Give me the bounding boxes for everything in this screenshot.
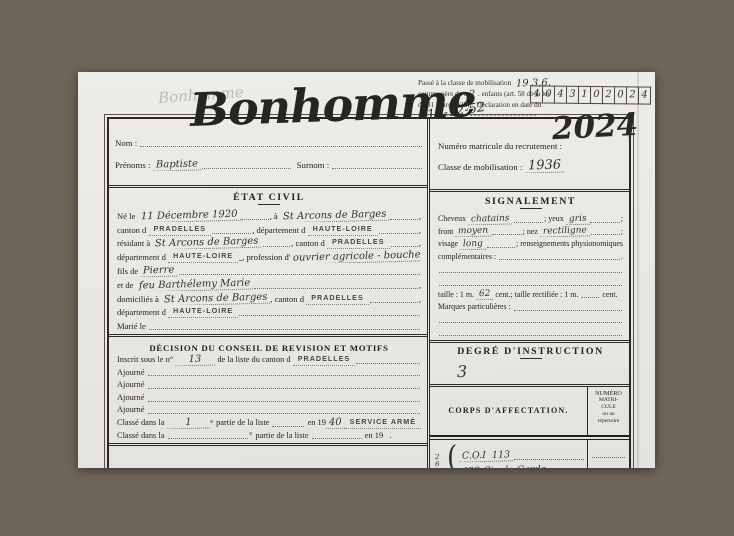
form-line: complémentaires : .: [438, 250, 623, 263]
registry-digit: 4: [555, 86, 567, 104]
printed-label: Inscrit sous le n°: [117, 356, 175, 366]
printed-label: ; yeux: [544, 215, 565, 224]
form-line: et de feu Barthélemy Marie,: [117, 277, 421, 291]
stamped-value: HAUTE-LOIRE: [308, 223, 378, 236]
printed-label: , canton d: [291, 239, 327, 249]
blank-dotted-line: [179, 273, 420, 275]
blank-dotted-line: [439, 271, 622, 273]
printed-label: , profession d': [242, 253, 290, 263]
classe-mobilisation-line: Classe de mobilisation : 1936: [438, 152, 623, 173]
printed-label: en 19 .: [363, 432, 392, 442]
handwritten-value: Pierre: [140, 265, 178, 276]
corps-entry: C.O.I 113: [459, 447, 585, 462]
printed-label: Prénoms :: [115, 161, 153, 171]
handwritten-value: long: [460, 239, 486, 249]
title-underline: [520, 208, 542, 209]
blank-dotted-line: [263, 245, 290, 247]
registry-digit: 0: [615, 86, 627, 104]
form-line: Cheveux chatains; yeux gris;: [438, 212, 623, 225]
form-line: Marques particulières :: [438, 300, 623, 313]
blank-dotted-line: [514, 458, 584, 460]
handwritten-value: Baptiste: [153, 159, 201, 171]
registry-digit: 4: [530, 85, 543, 103]
blank-dotted-line: [379, 232, 418, 234]
form-card-inner: Nom : Prénoms : Baptiste Surnom : ÉTAT C…: [107, 117, 631, 468]
blank-dotted-line: [212, 232, 251, 234]
numero-col-word: CULE: [588, 404, 629, 411]
printed-label: e: [249, 431, 254, 437]
corps-affectation-header: CORPS D'AFFECTATION. NUMÉRO MATRI- CULE …: [430, 387, 629, 435]
printed-label: en 19: [305, 419, 325, 429]
form-line: Ajourné: [117, 378, 421, 391]
blank-cell-line: [592, 456, 625, 458]
handwritten-value: chatains: [468, 214, 513, 225]
numero-col-word: NUMÉRO: [588, 390, 629, 397]
printed-label: , à: [270, 212, 280, 222]
printed-label: et de: [117, 281, 136, 291]
printed-label: Cheveux: [438, 215, 468, 224]
printed-label: partie de la liste: [214, 419, 271, 429]
printed-label: , canton d: [270, 295, 306, 305]
printed-label: département d: [117, 253, 168, 263]
handwritten-value: 423 Cie de Garde: [459, 465, 549, 468]
printed-label: de la liste du canton d: [215, 356, 292, 366]
title-underline: [258, 204, 280, 205]
stamped-value: PRADELLES: [306, 292, 369, 305]
numero-col-word: répertoire: [588, 418, 629, 425]
printed-label: canton d: [117, 226, 149, 236]
handwritten-value: ouvrier agricole - boucher: [290, 250, 421, 263]
blank-dotted-line: [241, 218, 269, 220]
form-line: taille : 1 m. 62 cent.; taille rectifiée…: [438, 288, 623, 301]
numero-col-word: MATRI-: [588, 397, 629, 404]
printed-label: , département d: [252, 226, 307, 236]
document-paper: Bonhomme x Passé à la classe de mobilisa…: [78, 72, 655, 468]
corps-affectation-entries: 2 6 ( C.O.I 113 423 Cie de Garde: [430, 440, 629, 468]
handwritten-value: St Arcons de Barges: [152, 237, 262, 249]
decision-title: DÉCISION DU CONSEIL DE REVISION ET MOTIF…: [117, 339, 421, 353]
photo-backdrop: Bonhomme x Passé à la classe de mobilisa…: [0, 0, 734, 536]
margin-note-handwritten: 2 6: [432, 454, 447, 468]
brace-mark: (: [447, 442, 457, 468]
degre-value-handwritten: 3: [454, 364, 471, 380]
registry-number-boxes: 4 0 4 3 1 0 2 0 2 4: [530, 85, 651, 104]
blank-dotted-line: [590, 221, 620, 223]
handwritten-value: St Arcons de Barges: [280, 209, 390, 221]
blank-dotted-line: [149, 328, 420, 330]
blank-dotted-line: [591, 233, 620, 235]
printed-label: Nom :: [115, 139, 139, 149]
blank-dotted-line: [148, 412, 420, 414]
form-line: Classé dans la 1e partie de la liste en …: [117, 416, 421, 429]
surname-handwritten-large: Bonhomme: [189, 77, 476, 133]
title-underline: [520, 358, 542, 359]
form-line: fils de Pierre: [117, 263, 421, 277]
blank-dotted-line: [439, 321, 622, 323]
blank-dotted-line: [492, 233, 521, 235]
printed-label: Classe de mobilisation :: [438, 163, 525, 173]
printed-label: Marié le: [117, 322, 148, 332]
printed-label: visage: [438, 240, 460, 249]
stamped-value: PRADELLES: [149, 223, 212, 236]
blank-dotted-line: [148, 400, 420, 402]
numero-matricule-column-header: NUMÉRO MATRI- CULE ou au répertoire: [587, 387, 629, 435]
blank-dotted-line: [439, 334, 622, 336]
printed-label: département d: [117, 308, 168, 318]
signalement-title: SIGNALEMENT: [438, 196, 623, 207]
form-line: [438, 275, 623, 288]
registry-digit: 4: [639, 87, 651, 105]
blank-dotted-line: [499, 258, 620, 260]
printed-label: Né le: [117, 212, 138, 222]
handwritten-value: C.O.I 113: [459, 451, 513, 462]
handwritten-value: 11 Décembre 1920: [137, 209, 240, 221]
registry-digit: 0: [543, 86, 555, 104]
printed-label: front: [438, 228, 455, 237]
registry-digit: 2: [627, 86, 639, 104]
printed-label: complémentaires :: [438, 253, 498, 262]
form-line: Ajourné: [117, 391, 421, 404]
form-line: canton d PRADELLES, département d HAUTE-…: [117, 222, 421, 236]
form-line: Ajourné: [117, 404, 421, 417]
form-card: Nom : Prénoms : Baptiste Surnom : ÉTAT C…: [104, 114, 634, 468]
registry-digit: 0: [591, 86, 603, 104]
printed-label: ; nez: [523, 228, 540, 237]
printed-label: résidant à: [117, 239, 152, 249]
numero-matricule-cells: [587, 440, 629, 468]
blank-dotted-line: [391, 245, 418, 247]
form-line: département d HAUTE-LOIRE: [117, 305, 421, 319]
handwritten-value: 40: [326, 417, 345, 428]
printed-label: partie de la liste: [253, 432, 310, 442]
stamped-value: HAUTE-LOIRE: [168, 305, 238, 318]
printed-label: Classé dans la: [117, 419, 167, 429]
printed-label: Ajourné: [117, 394, 147, 404]
printed-label: fils de: [117, 267, 140, 277]
printed-label: ; renseignements physionomiques: [516, 240, 623, 249]
etat-civil-title: ÉTAT CIVIL: [117, 192, 421, 203]
registry-digit: 1: [579, 86, 591, 104]
blank-dotted-line: [356, 362, 420, 364]
printed-label: cent.: [600, 291, 617, 300]
printed-label: ,: [419, 212, 421, 222]
printed-label: e: [209, 419, 214, 425]
blank-dotted-line: [370, 301, 418, 303]
stamped-value: HAUTE-LOIRE: [168, 250, 238, 263]
registry-digit: 2: [603, 86, 615, 104]
printed-label: ;: [621, 228, 623, 237]
blank-dotted-line: [581, 296, 599, 298]
printed-label: ,: [419, 226, 421, 236]
degre-title: DEGRÉ D'INSTRUCTION: [438, 346, 623, 357]
blank-dotted-line: [332, 167, 422, 169]
signalement-section: SIGNALEMENT Cheveux chatains; yeux gris;…: [430, 192, 629, 340]
handwritten-value: 1936: [524, 158, 563, 173]
printed-label: Ajourné: [117, 406, 147, 416]
printed-label: ;: [621, 215, 623, 224]
printed-label: cent.; taille rectifiée : 1 m.: [493, 291, 580, 300]
registry-digit: 3: [567, 86, 579, 104]
form-line: [438, 313, 623, 326]
corps-title: CORPS D'AFFECTATION.: [430, 406, 587, 415]
form-line: [438, 325, 623, 338]
blank-dotted-line: [514, 221, 544, 223]
blank-dotted-line: [202, 167, 292, 169]
corps-entry-lines: C.O.I 113 423 Cie de Garde: [459, 445, 585, 468]
blank-dotted-line: [312, 437, 362, 439]
printed-label: Ajourné: [117, 369, 147, 379]
blank-dotted-line: [140, 145, 422, 147]
handwritten-value: feu Barthélemy Marie: [136, 278, 253, 291]
blank-dotted-line: [390, 218, 418, 220]
prenoms-line: Prénoms : Baptiste Surnom :: [115, 149, 423, 171]
handwritten-value: St Arcons de Barges: [161, 292, 271, 304]
printed-label: Surnom :: [292, 161, 331, 171]
blank-dotted-line: [148, 387, 420, 389]
degre-instruction-section: DEGRÉ D'INSTRUCTION 3: [430, 343, 629, 384]
matricule-number-large: 2024: [551, 110, 639, 145]
printed-label: Ajourné: [117, 381, 147, 391]
blank-dotted-line: [487, 246, 515, 248]
form-line: département d HAUTE-LOIRE, profession d'…: [117, 249, 421, 263]
stamped-value: PRADELLES: [327, 236, 390, 249]
etat-civil-section: ÉTAT CIVIL Né le 11 Décembre 1920, à St …: [109, 188, 427, 334]
form-line: Inscrit sous le n° 13 de la liste du can…: [117, 353, 421, 366]
printed-label: taille : 1 m.: [438, 291, 476, 300]
corps-entries-left: 2 6 ( C.O.I 113 423 Cie de Garde: [430, 440, 587, 468]
blank-dotted-line: [239, 314, 420, 316]
form-line: front moyen; nez rectiligne;: [438, 225, 623, 238]
form-line: Né le 11 Décembre 1920, à St Arcons de B…: [117, 208, 421, 222]
stamped-value: SERVICE ARMÉ: [345, 416, 421, 429]
form-line: résidant à St Arcons de Barges, canton d…: [117, 236, 421, 250]
printed-label: Numéro matricule du recrutement :: [438, 142, 564, 152]
printed-label: Classé dans la: [117, 432, 167, 442]
handwritten-value: 1: [166, 417, 209, 429]
blank-dotted-line: [239, 259, 241, 261]
blank-dotted-line: [254, 287, 418, 289]
form-line: domiciliés à St Arcons de Barges, canton…: [117, 291, 421, 305]
printed-label: .: [621, 253, 623, 262]
form-line: Ajourné: [117, 366, 421, 379]
decision-section: DÉCISION DU CONSEIL DE REVISION ET MOTIF…: [109, 337, 427, 443]
handwritten-value: 62: [476, 290, 494, 300]
stamped-value: PRADELLES: [293, 353, 356, 366]
blank-dotted-line: [514, 309, 622, 311]
blank-dotted-line: [439, 284, 622, 286]
handwritten-value: moyen: [455, 227, 491, 237]
blank-dotted-line: [272, 425, 304, 427]
right-column: Numéro matricule du recrutement : Classe…: [429, 119, 629, 468]
numero-col-word: ou au: [588, 411, 629, 418]
form-line: Marié le: [117, 318, 421, 332]
printed-label: domiciliés à: [117, 295, 161, 305]
form-line: [438, 262, 623, 275]
blank-dotted-line: [168, 437, 248, 439]
form-line: Classé dans la e partie de la liste en 1…: [117, 429, 421, 442]
handwritten-value: gris: [565, 214, 589, 224]
form-line: visage long; renseignements physionomiqu…: [438, 237, 623, 250]
printed-label: ,: [419, 295, 421, 305]
left-column: Nom : Prénoms : Baptiste Surnom : ÉTAT C…: [109, 119, 428, 468]
blank-dotted-line: [148, 374, 420, 376]
handwritten-value: 13: [175, 354, 215, 366]
handwritten-value: rectiligne: [540, 227, 590, 238]
divider: [109, 443, 427, 446]
corps-entry: 423 Cie de Garde: [459, 462, 585, 468]
printed-label: Marques particulières :: [438, 303, 513, 312]
printed-label: ,: [419, 239, 421, 249]
printed-label: ,: [419, 281, 421, 291]
